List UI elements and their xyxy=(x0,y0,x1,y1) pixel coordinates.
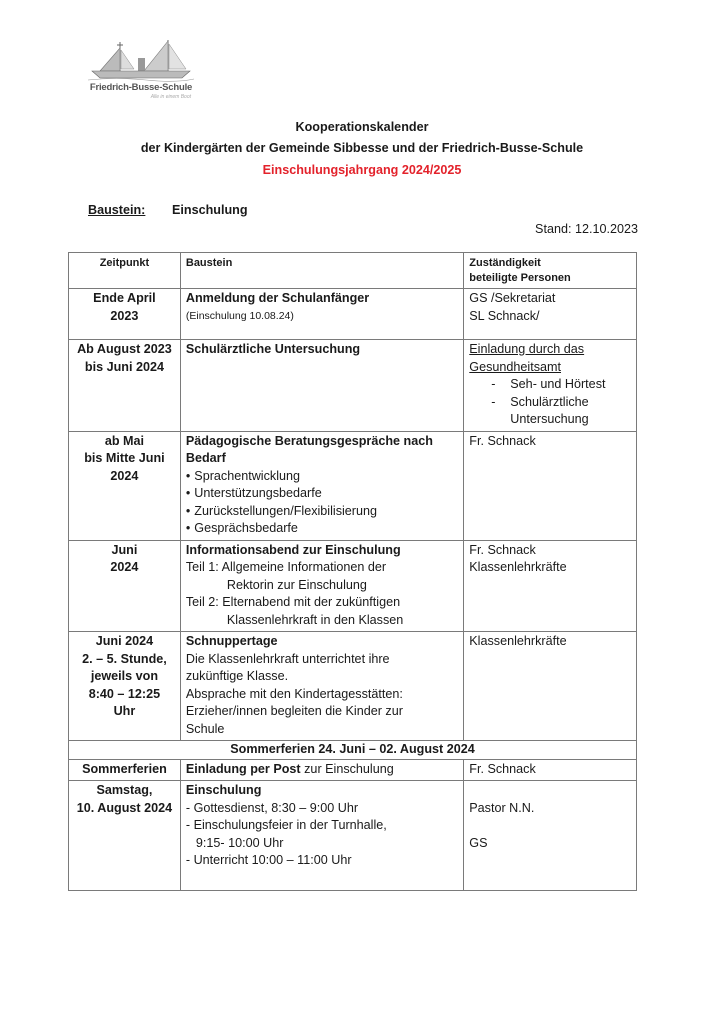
zeitpunkt-cell: Sommerferien xyxy=(69,759,181,781)
baustein-cell: Einschulung - Gottesdienst, 8:30 – 9:00 … xyxy=(180,781,463,891)
zustaendigkeit-cell: Fr. Schnack xyxy=(464,431,637,540)
bullet-item: Gesprächsbedarfe xyxy=(186,520,458,538)
zeitpunkt-cell: Samstag, 10. August 2024 xyxy=(69,781,181,891)
holiday-row: Sommerferien 24. Juni – 02. August 2024 xyxy=(69,741,637,760)
calendar-table: Zeitpunkt Baustein Zuständigkeit beteili… xyxy=(68,252,637,891)
table-row: Juni 2024 Informationsabend zur Einschul… xyxy=(69,540,637,632)
table-row: ab Mai bis Mitte Juni 2024 Pädagogische … xyxy=(69,431,637,540)
zustaendigkeit-cell: Pastor N.N. GS xyxy=(464,781,637,891)
baustein-cell: Einladung per Post zur Einschulung xyxy=(180,759,463,781)
stand-date: Stand: 12.10.2023 xyxy=(535,222,638,236)
baustein-label: Baustein: xyxy=(88,203,145,217)
zeitpunkt-cell: ab Mai bis Mitte Juni 2024 xyxy=(69,431,181,540)
baustein-value: Einschulung xyxy=(172,203,248,217)
zustaendigkeit-cell: Fr. Schnack Klassenlehrkräfte xyxy=(464,540,637,632)
table-header-row: Zeitpunkt Baustein Zuständigkeit beteili… xyxy=(69,253,637,289)
baustein-cell: Anmeldung der Schulanfänger (Einschulung… xyxy=(180,289,463,340)
table-row: Ende April 2023 Anmeldung der Schulanfän… xyxy=(69,289,637,340)
zustaendigkeit-cell: Klassenlehrkräfte xyxy=(464,632,637,741)
document-title: Kooperationskalender xyxy=(0,120,724,134)
sailing-ship-icon xyxy=(86,38,196,82)
zeitpunkt-cell: Juni 2024 xyxy=(69,540,181,632)
zustaendigkeit-cell: Einladung durch das Gesundheitsamt -Seh-… xyxy=(464,340,637,432)
baustein-cell: Informationsabend zur Einschulung Teil 1… xyxy=(180,540,463,632)
school-name: Friedrich-Busse-Schule xyxy=(86,82,196,93)
table-row: Ab August 2023 bis Juni 2024 Schulärztli… xyxy=(69,340,637,432)
document-subtitle: der Kindergärten der Gemeinde Sibbesse u… xyxy=(0,141,724,155)
zustaendigkeit-cell: GS /Sekretariat SL Schnack/ xyxy=(464,289,637,340)
zeitpunkt-cell: Ab August 2023 bis Juni 2024 xyxy=(69,340,181,432)
bullet-item: Sprachentwicklung xyxy=(186,468,458,486)
bullet-item: Zurückstellungen/Flexibilisierung xyxy=(186,503,458,521)
zeitpunkt-cell: Juni 2024 2. – 5. Stunde, jeweils von 8:… xyxy=(69,632,181,741)
table-row: Samstag, 10. August 2024 Einschulung - G… xyxy=(69,781,637,891)
school-year-title: Einschulungsjahrgang 2024/2025 xyxy=(0,163,724,177)
baustein-cell: Schnuppertage Die Klassenlehrkraft unter… xyxy=(180,632,463,741)
column-header-baustein: Baustein xyxy=(180,253,463,289)
school-motto: Alle in einem Boot xyxy=(141,94,191,100)
baustein-cell: Schulärztliche Untersuchung xyxy=(180,340,463,432)
zeitpunkt-cell: Ende April 2023 xyxy=(69,289,181,340)
zustaendigkeit-cell: Fr. Schnack xyxy=(464,759,637,781)
baustein-cell: Pädagogische Beratungsgespräche nach Bed… xyxy=(180,431,463,540)
school-logo: Friedrich-Busse-Schule Alle in einem Boo… xyxy=(86,38,196,106)
column-header-zeitpunkt: Zeitpunkt xyxy=(69,253,181,289)
bullet-item: Unterstützungsbedarfe xyxy=(186,485,458,503)
table-row: Sommerferien Einladung per Post zur Eins… xyxy=(69,759,637,781)
table-row: Juni 2024 2. – 5. Stunde, jeweils von 8:… xyxy=(69,632,637,741)
summer-holiday-cell: Sommerferien 24. Juni – 02. August 2024 xyxy=(69,741,637,760)
column-header-zustaendigkeit: Zuständigkeit beteiligte Personen xyxy=(464,253,637,289)
